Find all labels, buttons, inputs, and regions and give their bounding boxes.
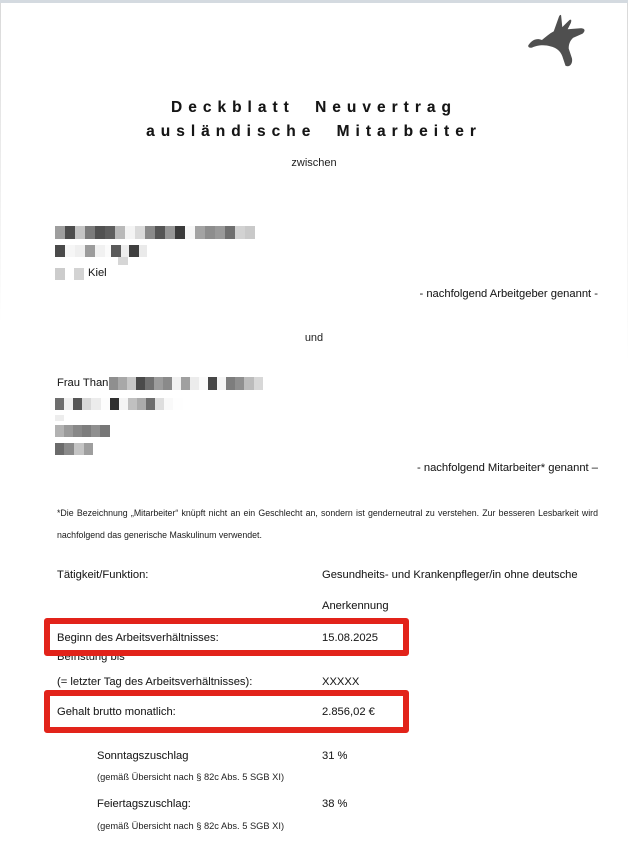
page-top-border [0, 0, 628, 3]
feiertagszuschlag-label: Feiertagszuschlag: [97, 798, 191, 810]
sonntagszuschlag-value: 31 % [322, 750, 348, 762]
gender-footnote-line-1: *Die Bezeichnung „Mitarbeiter“ knüpft ni… [57, 502, 598, 524]
between-label: zwischen [30, 157, 598, 169]
taetigkeit-label: Tätigkeit/Funktion: [57, 569, 148, 581]
taetigkeit-value-line-2: Anerkennung [322, 600, 389, 612]
highlight-box-gehalt [44, 690, 409, 733]
document-title-line-1: Deckblatt Neuvertrag [30, 99, 598, 117]
employee-address-redacted [55, 398, 183, 410]
employee-name-redacted [109, 377, 263, 390]
employee-redacted-fragment [55, 415, 64, 421]
page-left-border [0, 3, 1, 323]
employee-country-redacted [55, 443, 93, 455]
sonntagszuschlag-label: Sonntagszuschlag [97, 750, 188, 762]
employer-city: Kiel [88, 267, 107, 279]
employee-designation: - nachfolgend Mitarbeiter* genannt – [417, 462, 598, 474]
feiertagszuschlag-value: 38 % [322, 798, 348, 810]
feiertagszuschlag-note: (gemäß Übersicht nach § 82c Abs. 5 SGB X… [97, 821, 284, 831]
employer-zip-redacted-block-1 [55, 268, 65, 280]
and-label: und [30, 332, 598, 344]
befristung-label-line-2: (= letzter Tag des Arbeitsverhältnisses)… [57, 676, 252, 688]
employer-street-redacted-fragment [118, 257, 128, 265]
gender-footnote-line-2: nachfolgend das generische Maskulinum ve… [57, 524, 598, 546]
befristung-value: XXXXX [322, 676, 359, 688]
taetigkeit-value-line-1: Gesundheits- und Krankenpfleger/in ohne … [322, 569, 578, 581]
document-page: Deckblatt Neuvertrag ausländische Mitarb… [0, 0, 628, 849]
bird-logo-icon [528, 13, 588, 67]
employer-name-redacted [55, 226, 255, 239]
document-title-line-2: ausländische Mitarbeiter [30, 123, 598, 141]
sonntagszuschlag-note: (gemäß Übersicht nach § 82c Abs. 5 SGB X… [97, 772, 284, 782]
employee-salutation-name: Frau Than [57, 377, 108, 389]
employee-city-redacted [55, 425, 110, 437]
employer-zip-redacted-block-2 [74, 268, 84, 280]
employer-street-redacted [55, 245, 147, 257]
employer-designation: - nachfolgend Arbeitgeber genannt - [419, 288, 598, 300]
highlight-box-beginn [44, 618, 409, 656]
gender-footnote: *Die Bezeichnung „Mitarbeiter“ knüpft ni… [57, 502, 598, 546]
